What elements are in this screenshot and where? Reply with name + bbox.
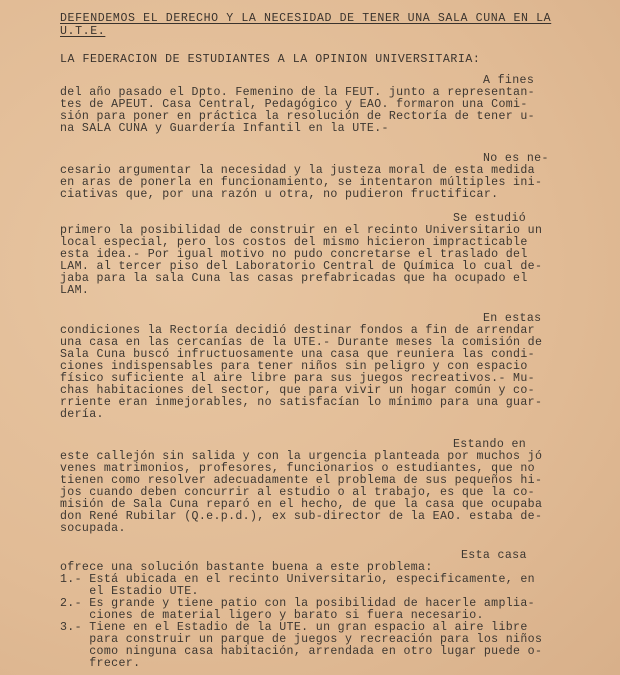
typewritten-document: DEFENDEMOS EL DERECHO Y LA NECESIDAD DE …	[0, 0, 620, 675]
text-line: na SALA CUNA y Guardería Infantil en la …	[60, 123, 389, 135]
document-title-line-2: U.T.E.	[60, 25, 105, 38]
paragraph-lead: Esta casa	[461, 549, 527, 562]
text-line: ciativas que, por una razón u otra, no p…	[60, 189, 498, 201]
text-line: LAM.	[60, 285, 89, 297]
text-line: dería.	[60, 409, 104, 421]
salutation: LA FEDERACION DE ESTUDIANTES A LA OPINIO…	[60, 53, 480, 66]
list-item-3-cont: frecer.	[60, 658, 140, 670]
text-line: jaba para la sala Cuna las casas prefabr…	[60, 273, 528, 285]
document-title-line-1: DEFENDEMOS EL DERECHO Y LA NECESIDAD DE …	[60, 12, 551, 25]
text-line: socupada.	[60, 523, 126, 535]
text-line: rriente eran inmejorables, no satisfacía…	[60, 397, 542, 409]
text-line: don René Rubilar (Q.e.p.d.), ex sub-dire…	[60, 511, 542, 523]
